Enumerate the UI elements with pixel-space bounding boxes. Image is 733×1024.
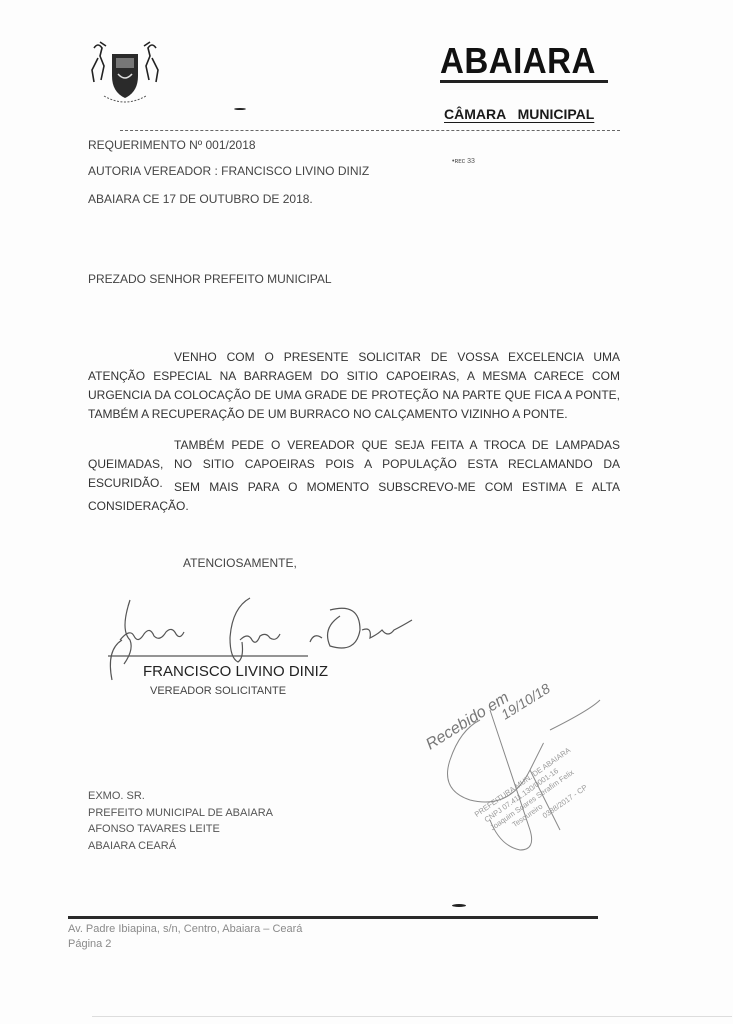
signatory-name: FRANCISCO LIVINO DINIZ <box>143 663 328 680</box>
body-paragraph: SEM MAIS PARA O MOMENTO SUBSCREVO-ME COM… <box>88 478 620 516</box>
receipt-mark: •ʀᴇᴄ 33 <box>452 158 475 165</box>
brand-title: ABAIARA <box>440 40 596 82</box>
footer: Av. Padre Ibiapina, s/n, Centro, Abaiara… <box>68 922 302 952</box>
body-paragraph: VENHO COM O PRESENTE SOLICITAR DE VOSSA … <box>88 348 620 424</box>
footer-address: Av. Padre Ibiapina, s/n, Centro, Abaiara… <box>68 922 302 937</box>
addressee-line: EXMO. SR. <box>88 788 273 805</box>
received-stamp-icon: Recebido em 19/10/18 PREFEITURA MUN. DE … <box>410 650 650 890</box>
svg-text:Recebido em: Recebido em <box>423 689 512 753</box>
scan-smudge <box>234 108 246 110</box>
addressee-line: ABAIARA CEARÁ <box>88 838 273 855</box>
title-underline <box>440 80 608 83</box>
requerimento-number: REQUERIMENTO Nº 001/2018 <box>88 138 256 152</box>
salutation: PREZADO SENHOR PREFEITO MUNICIPAL <box>88 272 332 286</box>
closing: ATENCIOSAMENTE, <box>183 556 297 570</box>
footer-divider <box>68 916 598 919</box>
autoria-vereador: AUTORIA VEREADOR : FRANCISCO LIVINO DINI… <box>88 164 369 178</box>
addressee-block: EXMO. SR. PREFEITO MUNICIPAL DE ABAIARA … <box>88 788 273 854</box>
signatory-role: VEREADOR SOLICITANTE <box>150 685 286 697</box>
document-page: ABAIARA CÂMARA MUNICIPAL REQUERIMENTO Nº… <box>0 0 733 1024</box>
page-edge <box>92 1016 732 1017</box>
page-number: Página 2 <box>68 937 302 952</box>
brand-subtitle: CÂMARA MUNICIPAL <box>444 106 594 122</box>
place-and-date: ABAIARA CE 17 DE OUTUBRO DE 2018. <box>88 192 313 206</box>
addressee-line: AFONSO TAVARES LEITE <box>88 821 273 838</box>
municipal-coat-of-arms-icon <box>86 38 164 108</box>
addressee-line: PREFEITO MUNICIPAL DE ABAIARA <box>88 805 273 822</box>
header-divider <box>120 130 620 131</box>
scan-smudge <box>452 904 466 907</box>
